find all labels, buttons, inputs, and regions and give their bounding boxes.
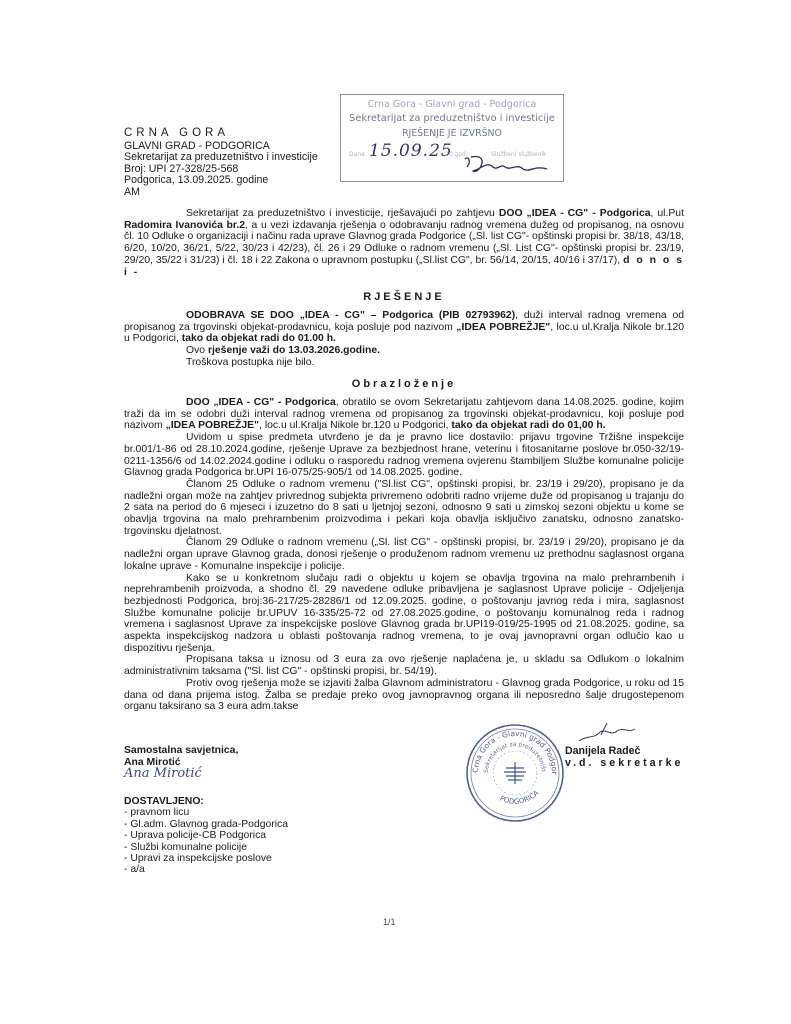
- stamp-handwritten-date: 15.09.25: [369, 141, 453, 161]
- intro-paragraph: Sekretarijat za preduzetništvo i investi…: [124, 208, 684, 278]
- signatory-left: Samostalna savjetnica, Ana Mirotić Ana M…: [124, 745, 238, 782]
- signatory-left-title: Samostalna savjetnica,: [124, 745, 238, 757]
- signatory-right-role: v.d. sekretarke: [565, 757, 683, 769]
- decision-title: RJEŠENJE: [124, 291, 684, 303]
- distribution-item: - a/a: [124, 864, 288, 875]
- reasoning-title: Obrazloženje: [124, 378, 684, 390]
- distribution-item: - Upravi za inspekcijske poslove: [124, 853, 288, 864]
- executable-stamp: Crna Gora - Glavni grad - Podgorica Sekr…: [340, 94, 564, 182]
- reasoning-paragraph: Kako se u konkretnom slučaju radi o obje…: [124, 573, 684, 655]
- intro-company: DOO „IDEA - CG" - Podgorica: [499, 208, 651, 219]
- reasoning-paragraph: DOO „IDEA - CG" - Podgorica, obratilo se…: [124, 397, 684, 432]
- official-seal-icon: Crna Gora - Glavni grad Podgorica Sekret…: [464, 722, 566, 824]
- author-initials: AM: [124, 187, 318, 199]
- signatory-left-signature: Ana Mirotić: [124, 768, 238, 782]
- distribution-item: - Službi komunalne policije: [124, 842, 288, 853]
- document-header: CRNA GORA GLAVNI GRAD - PODGORICA Sekret…: [124, 128, 318, 199]
- decision-costs: Troškova postupka nije bilo.: [124, 357, 684, 369]
- svg-text:PODGORICA: PODGORICA: [499, 789, 541, 806]
- reasoning-paragraph: Članom 29 Odluke o radnom vremenu („Sl. …: [124, 537, 684, 572]
- signatory-right-name: Danijela Radeč: [565, 745, 683, 757]
- intro-address: Radomira Ivanovića br.2: [124, 220, 245, 231]
- place-date: Podgorica, 13.09.2025. godine: [124, 175, 318, 187]
- stamp-line-1: Crna Gora - Glavni grad - Podgorica: [341, 99, 563, 110]
- reasoning-paragraph: Propisana taksa u iznosu od 3 eura za ov…: [124, 654, 684, 677]
- intro-text-1: Sekretarijat za preduzetništvo i investi…: [186, 208, 499, 219]
- reasoning-paragraph: Uvidom u spise predmeta utvrđeno je da j…: [124, 432, 684, 479]
- decision-section: ODOBRAVA SE DOO „IDEA - CG" – Podgorica …: [124, 310, 684, 369]
- signatory-right-signature-icon: [577, 721, 637, 745]
- page-number: 1/1: [383, 917, 396, 927]
- decision-validity: Ovo rješenje važi do 13.03.2026.godine.: [124, 345, 684, 357]
- document-page: CRNA GORA GLAVNI GRAD - PODGORICA Sekret…: [0, 0, 791, 1024]
- seal-bottom-text: PODGORICA: [499, 789, 541, 806]
- distribution-item: - pravnom licu: [124, 807, 288, 818]
- signatory-right: Danijela Radeč v.d. sekretarke: [565, 745, 683, 769]
- stamp-signature-icon: [461, 153, 551, 177]
- decision-approval: ODOBRAVA SE DOO „IDEA - CG" – Podgorica …: [186, 310, 515, 321]
- stamp-dana-label: Dana: [349, 151, 365, 158]
- distribution-item: - Uprava policije-CB Podgorica: [124, 830, 288, 841]
- distribution-list: DOSTAVLJENO: - pravnom licu - Gl.adm. Gl…: [124, 796, 288, 876]
- decision-hours: tako da objekat radi do 01.00 h.: [182, 333, 336, 344]
- stamp-line-3: RJEŠENJE JE IZVRŠNO: [341, 128, 563, 139]
- intro-text-2: , ul.Put: [651, 208, 684, 219]
- decision-store-name: „IDEA POBREŽJE": [456, 322, 550, 333]
- stamp-line-2: Sekretarijat za preduzetništvo i investi…: [341, 113, 563, 124]
- country-name: CRNA GORA: [124, 128, 318, 140]
- reasoning-paragraph: Članom 25 Odluke o radnom vremenu ("Sl.l…: [124, 479, 684, 538]
- reasoning-section: DOO „IDEA - CG" - Podgorica, obratilo se…: [124, 397, 684, 713]
- reasoning-paragraph: Protiv ovog rješenja može se izjaviti ža…: [124, 678, 684, 713]
- distribution-item: - Gl.adm. Glavnog grada-Podgorica: [124, 819, 288, 830]
- distribution-title: DOSTAVLJENO:: [124, 796, 288, 807]
